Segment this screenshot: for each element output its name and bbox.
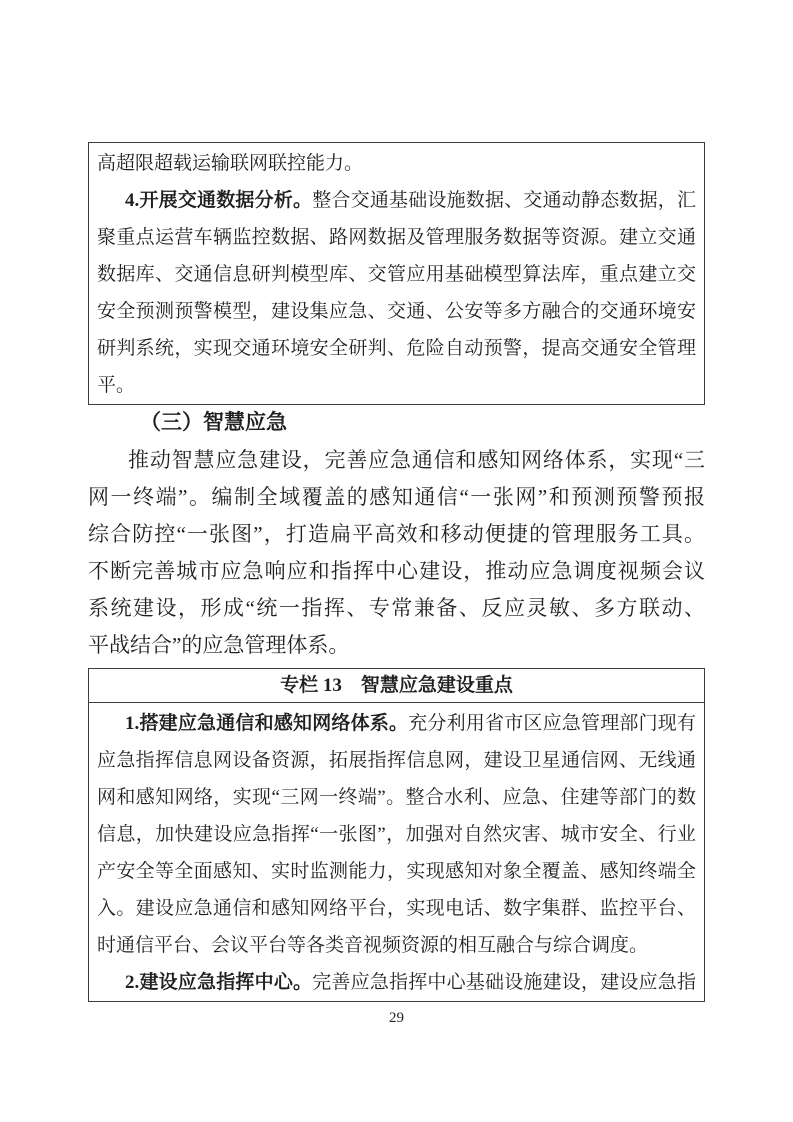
text-line: 入。建设应急通信和感知网络平台，实现电话、数字集群、监控平台、即 bbox=[97, 890, 696, 927]
text-line: 信息，加快建设应急指挥“一张图”，加强对自然灾害、城市安全、行业生 bbox=[97, 816, 696, 853]
text-segment: 研判系统，实现交通环境安全研判、危险自动预警，提高交通安全管理水 bbox=[97, 338, 696, 367]
text-line: 高超限超载运输联网联控能力。 bbox=[97, 145, 696, 182]
text-line: 应急指挥信息网设备资源，拓展指挥信息网，建设卫星通信网、无线通信 bbox=[97, 742, 696, 779]
text-line: 4.开展交通数据分析。整合交通基础设施数据、交通动静态数据，汇 bbox=[97, 182, 696, 219]
text-segment: 时通信平台、会议平台等各类音视频资源的相互融合与综合调度。 bbox=[97, 935, 648, 956]
text-segment: 网和感知网络，实现“三网一终端”。整合水利、应急、住建等部门的数据 bbox=[97, 787, 696, 816]
text-segment: 信息，加快建设应急指挥“一张图”，加强对自然灾害、城市安全、行业生 bbox=[97, 824, 696, 853]
document-page: 高超限超载运输联网联控能力。 4.开展交通数据分析。整合交通基础设施数据、交通动… bbox=[0, 0, 793, 1122]
text-line: 聚重点运营车辆监控数据、路网数据及管理服务数据等资源。建立交通流 bbox=[97, 219, 696, 256]
text-segment: 充分利用省市区应急管理部门现有 bbox=[408, 713, 696, 734]
text-segment: 平。 bbox=[97, 375, 135, 396]
text-line: 不断完善城市应急响应和指挥中心建设，推动应急调度视频会议 bbox=[88, 553, 705, 590]
bold-text-segment: 4.开展交通数据分析。 bbox=[125, 190, 312, 211]
text-line: 网一终端”。编制全域覆盖的感知通信“一张网”和预测预警预报 bbox=[88, 479, 705, 516]
callout-box-traffic-analysis: 高超限超载运输联网联控能力。 4.开展交通数据分析。整合交通基础设施数据、交通动… bbox=[88, 142, 705, 405]
text-line: 产安全等全面感知、实时监测能力，实现感知对象全覆盖、感知终端全接 bbox=[97, 853, 696, 890]
text-line: 1.搭建应急通信和感知网络体系。充分利用省市区应急管理部门现有 bbox=[97, 705, 696, 742]
text-segment: 高超限超载运输联网联控能力。 bbox=[97, 153, 363, 174]
body-paragraph: 推动智慧应急建设，完善应急通信和感知网络体系，实现“三 网一终端”。编制全域覆盖… bbox=[88, 442, 705, 664]
text-line: 安全预测预警模型，建设集应急、交通、公安等多方融合的交通环境安全 bbox=[97, 293, 696, 330]
text-segment: 应急指挥信息网设备资源，拓展指挥信息网，建设卫星通信网、无线通信 bbox=[97, 750, 696, 779]
text-line: 数据库、交通信息研判模型库、交管应用基础模型算法库，重点建立交通 bbox=[97, 256, 696, 293]
text-line: 研判系统，实现交通环境安全研判、危险自动预警，提高交通安全管理水 bbox=[97, 330, 696, 367]
bold-text-segment: 2.建设应急指挥中心。 bbox=[125, 972, 312, 993]
text-line: 系统建设，形成“统一指挥、专常兼备、反应灵敏、多方联动、 bbox=[88, 590, 705, 627]
text-segment: 入。建设应急通信和感知网络平台，实现电话、数字集群、监控平台、即 bbox=[97, 898, 696, 927]
text-line: 2.建设应急指挥中心。完善应急指挥中心基础设施建设，建设应急指 bbox=[97, 964, 696, 1001]
text-segment: 产安全等全面感知、实时监测能力，实现感知对象全覆盖、感知终端全接 bbox=[97, 861, 696, 890]
text-line: 时通信平台、会议平台等各类音视频资源的相互融合与综合调度。 bbox=[97, 927, 696, 964]
text-line: 推动智慧应急建设，完善应急通信和感知网络体系，实现“三 bbox=[88, 442, 705, 479]
box-body: 1.搭建应急通信和感知网络体系。充分利用省市区应急管理部门现有 应急指挥信息网设… bbox=[89, 703, 704, 1001]
text-line: 网和感知网络，实现“三网一终端”。整合水利、应急、住建等部门的数据 bbox=[97, 779, 696, 816]
text-line: 平战结合”的应急管理体系。 bbox=[88, 627, 705, 664]
page-number: 29 bbox=[0, 1010, 793, 1027]
text-line: 平。 bbox=[97, 367, 696, 404]
text-segment: 聚重点运营车辆监控数据、路网数据及管理服务数据等资源。建立交通流 bbox=[97, 227, 696, 256]
box-body: 高超限超载运输联网联控能力。 4.开展交通数据分析。整合交通基础设施数据、交通动… bbox=[89, 143, 704, 404]
text-segment: 整合交通基础设施数据、交通动静态数据，汇 bbox=[312, 190, 696, 211]
section-heading: （三）智慧应急 bbox=[140, 407, 287, 437]
text-segment: 数据库、交通信息研判模型库、交管应用基础模型算法库，重点建立交通 bbox=[97, 264, 696, 293]
text-line: 综合防控“一张图”，打造扁平高效和移动便捷的管理服务工具。 bbox=[88, 516, 705, 553]
callout-box-13-emergency: 专栏 13 智慧应急建设重点 1.搭建应急通信和感知网络体系。充分利用省市区应急… bbox=[88, 668, 705, 1002]
callout-box-title: 专栏 13 智慧应急建设重点 bbox=[89, 669, 704, 703]
bold-text-segment: 1.搭建应急通信和感知网络体系。 bbox=[125, 713, 408, 734]
text-segment: 完善应急指挥中心基础设施建设，建设应急指 bbox=[312, 972, 696, 993]
text-segment: 安全预测预警模型，建设集应急、交通、公安等多方融合的交通环境安全 bbox=[97, 301, 696, 330]
